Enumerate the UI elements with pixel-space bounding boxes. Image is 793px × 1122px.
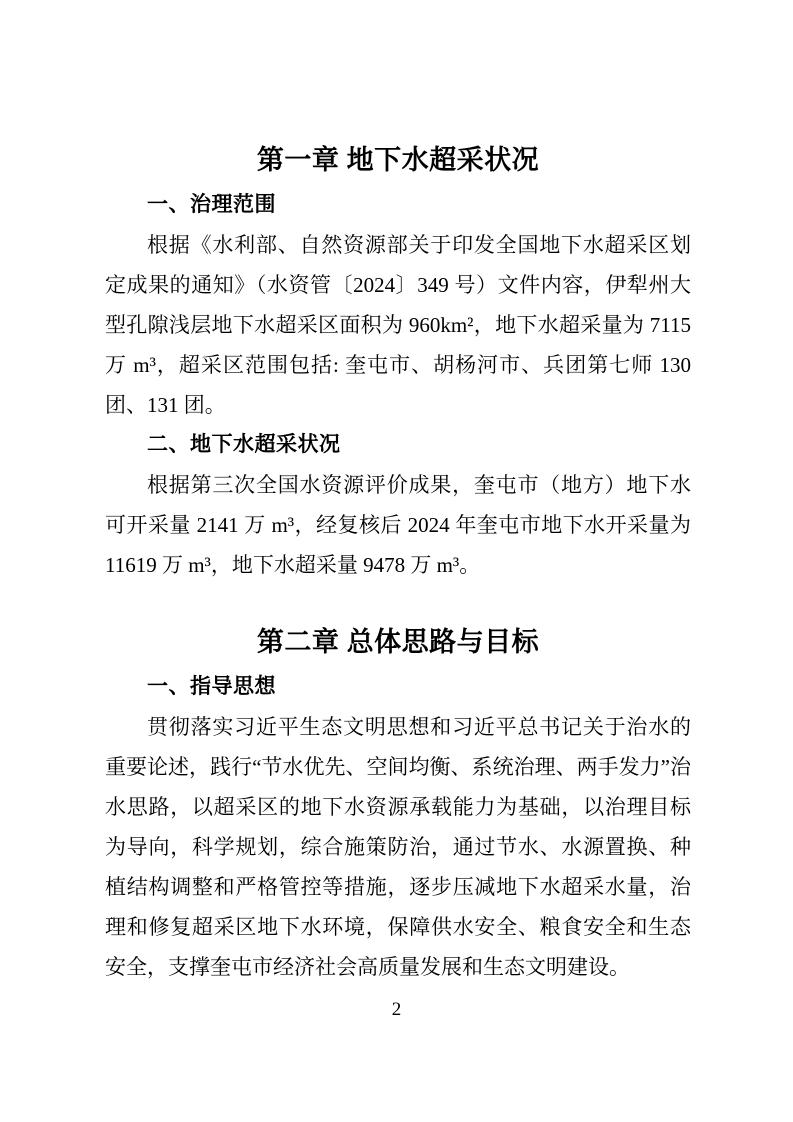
chapter-1-title: 第一章 地下水超采状况 <box>105 140 691 180</box>
page-number: 2 <box>0 998 793 1022</box>
paragraph-governance-scope: 根据《水利部、自然资源部关于印发全国地下水超采区划定成果的通知》（水资管〔202… <box>105 225 691 425</box>
paragraph-guiding-ideology: 贯彻落实习近平生态文明思想和习近平总书记关于治水的重要论述，践行“节水优先、空间… <box>105 707 691 987</box>
document-page: 第一章 地下水超采状况 一、治理范围 根据《水利部、自然资源部关于印发全国地下水… <box>0 0 793 1122</box>
paragraph-overdraft-status: 根据第三次全国水资源评价成果，奎屯市（地方）地下水可开采量 2141 万 m³，… <box>105 465 691 585</box>
document-content: 第一章 地下水超采状况 一、治理范围 根据《水利部、自然资源部关于印发全国地下水… <box>105 140 691 987</box>
chapter-2-title: 第二章 总体思路与目标 <box>105 622 691 662</box>
chapter-1-heading-governance-scope: 一、治理范围 <box>105 185 691 225</box>
chapter-1-heading-overdraft-status: 二、地下水超采状况 <box>105 425 691 465</box>
chapter-2-heading-guiding-ideology: 一、指导思想 <box>105 667 691 707</box>
